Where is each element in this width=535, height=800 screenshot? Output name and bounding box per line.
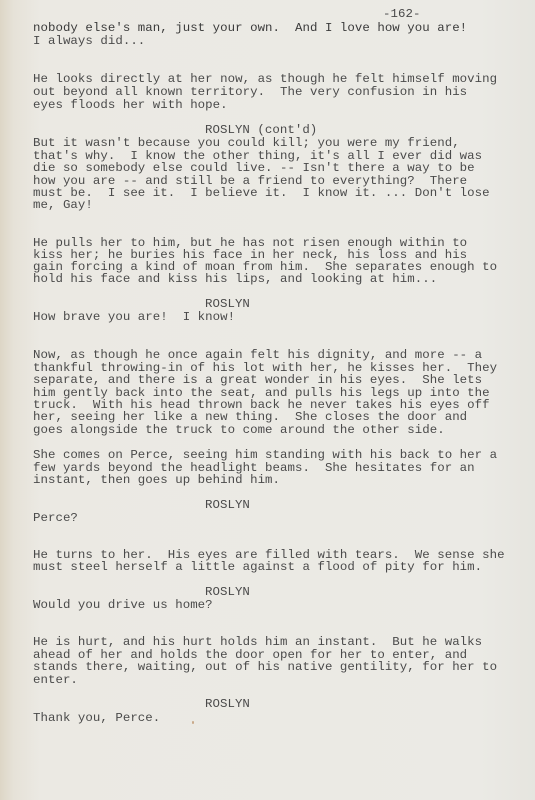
dialogue-line: must be. I see it. I believe it. I know … xyxy=(33,187,490,200)
paper-speck xyxy=(192,721,194,724)
speaker-name: ROSLYN xyxy=(205,499,250,512)
script-page: -162- nobody else's man, just your own. … xyxy=(0,0,535,800)
action-line: instant, then goes up behind him. xyxy=(33,474,280,487)
dialogue-line: me, Gay! xyxy=(33,199,93,212)
page-number: -162- xyxy=(383,8,420,21)
action-line: stands there, waiting, out of his native… xyxy=(33,661,497,674)
action-line: hold his face and kiss his lips, and loo… xyxy=(33,273,437,286)
dialogue-line: Would you drive us home? xyxy=(33,599,213,612)
action-line: eyes floods her with hope. xyxy=(33,99,228,112)
action-line: must steel herself a little against a fl… xyxy=(33,561,482,574)
dialogue-line: Thank you, Perce. xyxy=(33,712,160,725)
action-line: enter. xyxy=(33,674,78,687)
dialogue-line: Perce? xyxy=(33,512,78,525)
action-line: goes alongside the truck to come around … xyxy=(33,424,445,437)
dialogue-line: I always did... xyxy=(33,35,145,48)
speaker-name: ROSLYN xyxy=(205,698,250,711)
dialogue-line: How brave you are! I know! xyxy=(33,311,235,324)
